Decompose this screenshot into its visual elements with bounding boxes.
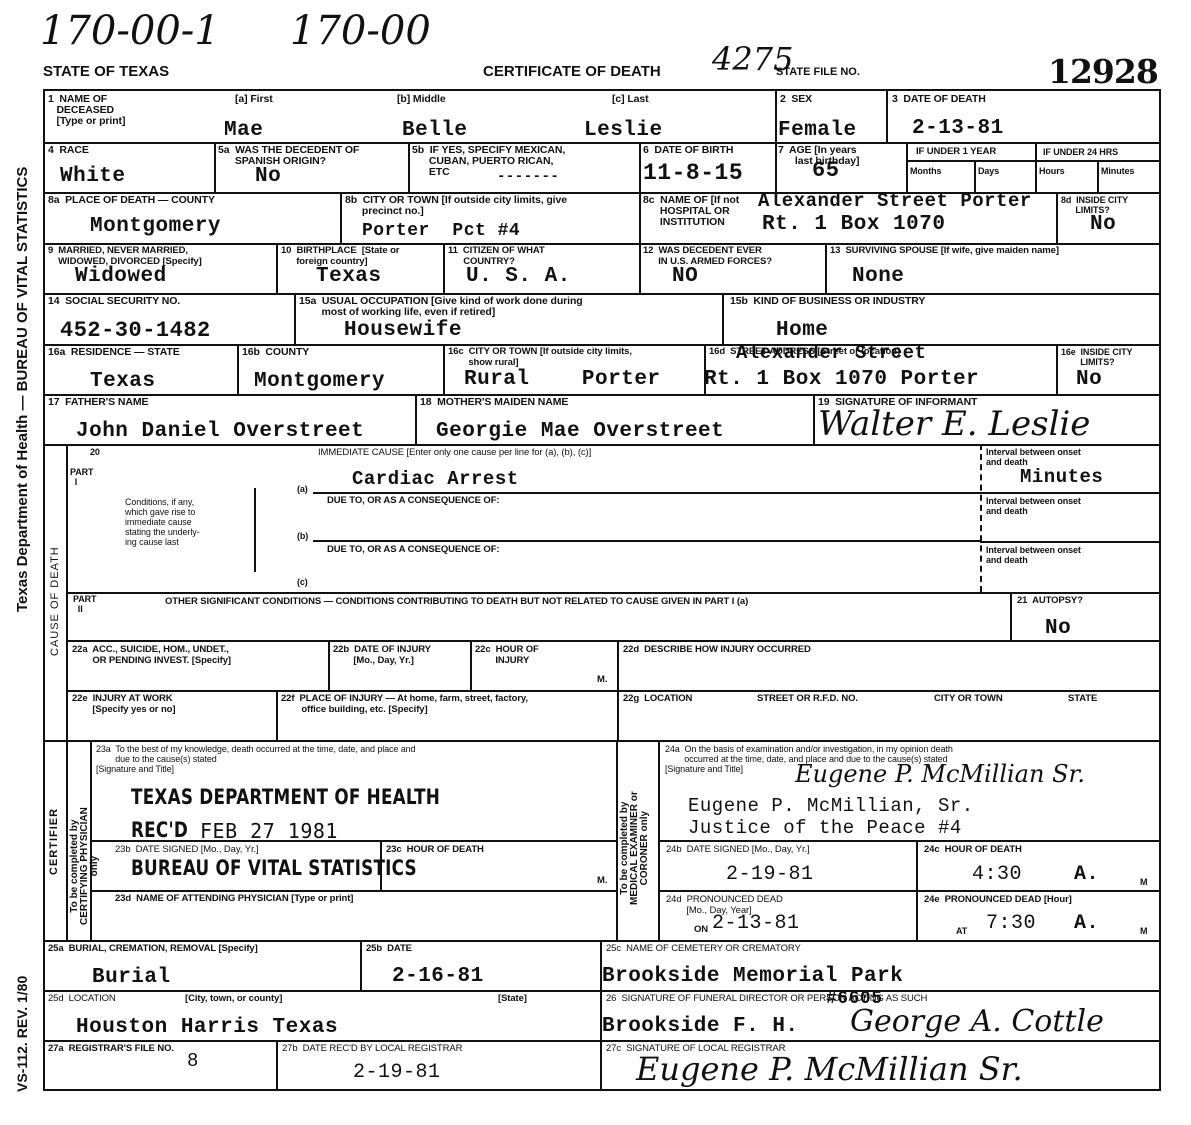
age-value[interactable]: 65 (812, 160, 839, 182)
birthplace-value[interactable]: Texas (316, 266, 382, 288)
f8c-label: 8c NAME OF [If not HOSPITAL OR INSTITUTI… (643, 195, 739, 228)
f27a-label: 27a REGISTRAR'S FILE NO. (48, 1044, 174, 1055)
date-of-death-value[interactable]: 2-13-81 (912, 118, 1004, 140)
stamp-bureau-vital-statistics: BUREAU OF VITAL STATISTICS (131, 856, 417, 880)
f24c-label: 24c HOUR OF DEATH (924, 845, 1022, 856)
citizenship-value[interactable]: U. S. A. (466, 266, 571, 288)
cause-a-marker: (a) (297, 484, 308, 494)
pronounced-dead-date[interactable]: 2-13-81 (712, 913, 800, 935)
place-of-death-city[interactable]: Porter Pct #4 (362, 220, 520, 242)
f14-label: 14 SOCIAL SECURITY NO. (48, 296, 180, 307)
social-security-value[interactable]: 452-30-1482 (60, 320, 211, 342)
f24c-m: M (1140, 877, 1147, 887)
f16c-label: 16c CITY OR TOWN [If outside city limits… (448, 347, 632, 368)
mother-name-value[interactable]: Georgie Mae Overstreet (436, 421, 724, 443)
f22a-label: 22a ACC., SUICIDE, HOM., UNDET., OR PEND… (72, 645, 231, 666)
residence-inside-city-value[interactable]: No (1076, 369, 1102, 391)
f18-label: 18 MOTHER'S MAIDEN NAME (420, 397, 568, 408)
f22d-label: 22d DESCRIBE HOW INJURY OCCURRED (623, 645, 811, 656)
local-registrar-date[interactable]: 2-19-81 (353, 1062, 441, 1084)
interval-label-c: Interval between onset and death (986, 545, 1081, 565)
armed-forces-value[interactable]: NO (672, 266, 698, 288)
interval-label-b: Interval between onset and death (986, 496, 1081, 516)
f24e-label: 24e PRONOUNCED DEAD [Hour] (924, 895, 1072, 906)
f13-label: 13 SURVIVING SPOUSE [If wife, give maide… (830, 246, 1059, 257)
business-value[interactable]: Home (776, 320, 828, 342)
examiner-signature: Eugene P. McMillian Sr. (795, 760, 1085, 788)
f5a-label: 5a WAS THE DECEDENT OF SPANISH ORIGIN? (218, 145, 359, 167)
under-1-year-label: IF UNDER 1 YEAR (916, 147, 996, 158)
hospital-value-line2[interactable]: Rt. 1 Box 1070 (762, 214, 945, 236)
examiner-date-signed[interactable]: 2-19-81 (726, 864, 814, 886)
part-1-label: PART I (70, 467, 93, 487)
cause-a-value[interactable]: Cardiac Arrest (352, 468, 519, 490)
f22f-label: 22f PLACE OF INJURY — At home, farm, str… (281, 694, 528, 715)
f16b-label: 16b COUNTY (242, 347, 309, 358)
f25c-label: 25c NAME OF CEMETERY OR CREMATORY (606, 944, 801, 955)
days-label: Days (978, 166, 999, 176)
occupation-value[interactable]: Housewife (344, 320, 462, 342)
f23a-label: 23a To the best of my knowledge, death o… (96, 744, 415, 774)
hospital-value-line1[interactable]: Alexander Street Porter (758, 190, 1032, 212)
minutes-label: Minutes (1101, 166, 1134, 176)
residence-state-value[interactable]: Texas (90, 371, 156, 393)
f2-label: 2 SEX (780, 94, 812, 105)
f12-label: 12 WAS DECEDENT EVER IN U.S. ARMED FORCE… (643, 246, 772, 267)
f25d-city-label: [City, town, or county] (185, 994, 282, 1005)
f22g-state-label: STATE (1068, 694, 1097, 705)
surviving-spouse-value[interactable]: None (852, 266, 904, 288)
local-registrar-signature: Eugene P. McMillian Sr. (636, 1050, 1023, 1088)
marital-status-value[interactable]: Widowed (75, 266, 167, 288)
cause-c-marker: (c) (297, 577, 308, 587)
decedent-middle-name[interactable]: Belle (402, 120, 468, 142)
f10-label: 10 BIRTHPLACE [State or foreign country] (281, 246, 399, 267)
f1-last-label: [c] Last (612, 94, 649, 105)
f8d-label: 8d INSIDE CITY LIMITS? (1061, 195, 1128, 215)
state-file-label: STATE FILE NO. (776, 66, 860, 78)
hours-label: Hours (1039, 166, 1065, 176)
conditions-note: Conditions, if any, which gave rise to i… (125, 497, 200, 547)
f22c-label: 22c HOUR OF INJURY (475, 645, 539, 666)
due-to-label-1: DUE TO, OR AS A CONSEQUENCE OF: (327, 496, 500, 507)
f16a-label: 16a RESIDENCE — STATE (48, 347, 180, 358)
certificate-title: CERTIFICATE OF DEATH (483, 63, 661, 80)
due-to-label-2: DUE TO, OR AS A CONSEQUENCE OF: (327, 545, 500, 556)
funeral-home-value[interactable]: Brookside F. H. (602, 1016, 799, 1038)
f15a-label: 15a USUAL OCCUPATION [Give kind of work … (299, 296, 583, 318)
residence-county-value[interactable]: Montgomery (254, 371, 385, 393)
inside-city-limits-value[interactable]: No (1090, 214, 1116, 236)
stamp-texas-dept-health: TEXAS DEPARTMENT OF HEALTH (131, 785, 440, 809)
residence-street-line1[interactable]: Alexander Street (736, 342, 926, 364)
f9-label: 9 MARRIED, NEVER MARRIED, WIDOWED, DIVOR… (48, 246, 202, 267)
f24e-at: AT (956, 926, 967, 936)
f17-label: 17 FATHER'S NAME (48, 397, 148, 408)
f25d-label: 25d LOCATION (48, 994, 116, 1005)
pronounced-dead-ampm[interactable]: A. (1074, 913, 1099, 935)
race-value[interactable]: White (60, 166, 126, 188)
bureau-margin-text: Texas Department of Health — BUREAU OF V… (14, 167, 31, 612)
handwritten-file-number-1: 170-00-1 (40, 8, 220, 54)
f23b-label: 23b DATE SIGNED [Mo., Day, Yr.] (115, 845, 259, 856)
f25b-label: 25b DATE (366, 944, 412, 955)
disposition-date-value[interactable]: 2-16-81 (392, 966, 484, 988)
interval-a-value[interactable]: Minutes (1020, 466, 1103, 488)
f20-number: 20 (90, 447, 100, 457)
f11-label: 11 CITIZEN OF WHAT COUNTRY? (448, 246, 545, 267)
f24e-m: M (1140, 926, 1147, 936)
f23d-label: 23d NAME OF ATTENDING PHYSICIAN [Type or… (115, 894, 353, 905)
stamp-received-date: FEB 27 1981 (200, 820, 338, 842)
hour-of-death-value[interactable]: 4:30 (972, 864, 1022, 886)
f23c-m: M. (597, 876, 607, 887)
pronounced-dead-hour[interactable]: 7:30 (986, 913, 1036, 935)
informant-signature: Walter E. Leslie (818, 404, 1090, 444)
cause-b-marker: (b) (297, 531, 308, 541)
spanish-origin-value[interactable]: No (255, 166, 281, 188)
place-of-death-county[interactable]: Montgomery (90, 216, 221, 238)
f22g-city-label: CITY OR TOWN (934, 694, 1003, 705)
f3-label: 3 DATE OF DEATH (892, 94, 986, 105)
f22g-label: 22g LOCATION (623, 694, 692, 705)
burial-location-value[interactable]: Houston Harris Texas (76, 1017, 338, 1039)
examiner-title[interactable]: Justice of the Peace #4 (688, 817, 962, 839)
months-label: Months (910, 166, 941, 176)
sex-value[interactable]: Female (778, 120, 857, 142)
f22b-label: 22b DATE OF INJURY [Mo., Day, Yr.] (333, 645, 431, 666)
residence-street-line2[interactable]: Rt. 1 Box 1070 Porter (704, 369, 979, 391)
disposition-value[interactable]: Burial (92, 967, 171, 989)
registrar-file-number[interactable]: 8 (187, 1050, 199, 1072)
hispanic-specify-value[interactable]: ------- (497, 166, 559, 188)
part-2-label: PART II (73, 594, 96, 614)
state-heading: STATE OF TEXAS (43, 63, 169, 80)
f4-label: 4 RACE (48, 145, 89, 156)
immediate-cause-label: IMMEDIATE CAUSE [Enter only one cause pe… (318, 448, 591, 459)
handwritten-file-number-2: 170-00 (290, 8, 431, 54)
father-name-value[interactable]: John Daniel Overstreet (76, 421, 364, 443)
interval-label-a: Interval between onset and death (986, 447, 1081, 467)
residence-city-value[interactable]: Rural Porter (464, 369, 661, 391)
under-24-hrs-label: IF UNDER 24 HRS (1043, 147, 1118, 157)
f23c-label: 23c HOUR OF DEATH (386, 845, 484, 856)
f27b-label: 27b DATE REC'D BY LOCAL REGISTRAR (282, 1044, 462, 1055)
f15b-label: 15b KIND OF BUSINESS OR INDUSTRY (730, 296, 925, 307)
other-conditions-label: OTHER SIGNIFICANT CONDITIONS — CONDITION… (165, 597, 748, 608)
f8a-label: 8a PLACE OF DEATH — COUNTY (48, 195, 215, 206)
f1-label: 1 NAME OF DECEASED [Type or print] (48, 94, 125, 127)
decedent-first-name[interactable]: Mae (224, 120, 263, 142)
f6-label: 6 DATE OF BIRTH (643, 145, 733, 156)
decedent-last-name[interactable]: Leslie (584, 120, 663, 142)
f22g-street-label: STREET OR R.F.D. NO. (757, 694, 858, 705)
f16e-label: 16e INSIDE CITY LIMITS? (1061, 347, 1132, 367)
stamp-recd: REC'D (131, 818, 188, 842)
form-number: VS-112. REV. 1/80 (14, 976, 30, 1092)
f22c-m: M. (597, 675, 607, 686)
cemetery-value[interactable]: Brookside Memorial Park (602, 966, 903, 988)
f21-label: 21 AUTOPSY? (1017, 596, 1083, 607)
f24b-label: 24b DATE SIGNED [Mo., Day, Yr.] (666, 845, 810, 856)
hour-of-death-ampm[interactable]: A. (1074, 864, 1099, 886)
state-file-number: 12928 (1048, 52, 1158, 91)
date-of-birth-value[interactable]: 11-8-15 (643, 162, 743, 184)
f8b-label: 8b CITY OR TOWN [If outside city limits,… (345, 195, 567, 217)
f22e-label: 22e INJURY AT WORK [Specify yes or no] (72, 694, 175, 715)
examiner-name[interactable]: Eugene P. McMillian, Sr. (688, 795, 974, 817)
f25a-label: 25a BURIAL, CREMATION, REMOVAL [Specify] (48, 944, 258, 955)
f1-first-label: [a] First (235, 94, 273, 105)
f25d-state-label: [State] (498, 994, 527, 1005)
f1-middle-label: [b] Middle (397, 94, 446, 105)
autopsy-value[interactable]: No (1045, 618, 1071, 640)
f24d-on: ON (694, 925, 708, 936)
funeral-director-signature: George A. Cottle (850, 1004, 1104, 1039)
